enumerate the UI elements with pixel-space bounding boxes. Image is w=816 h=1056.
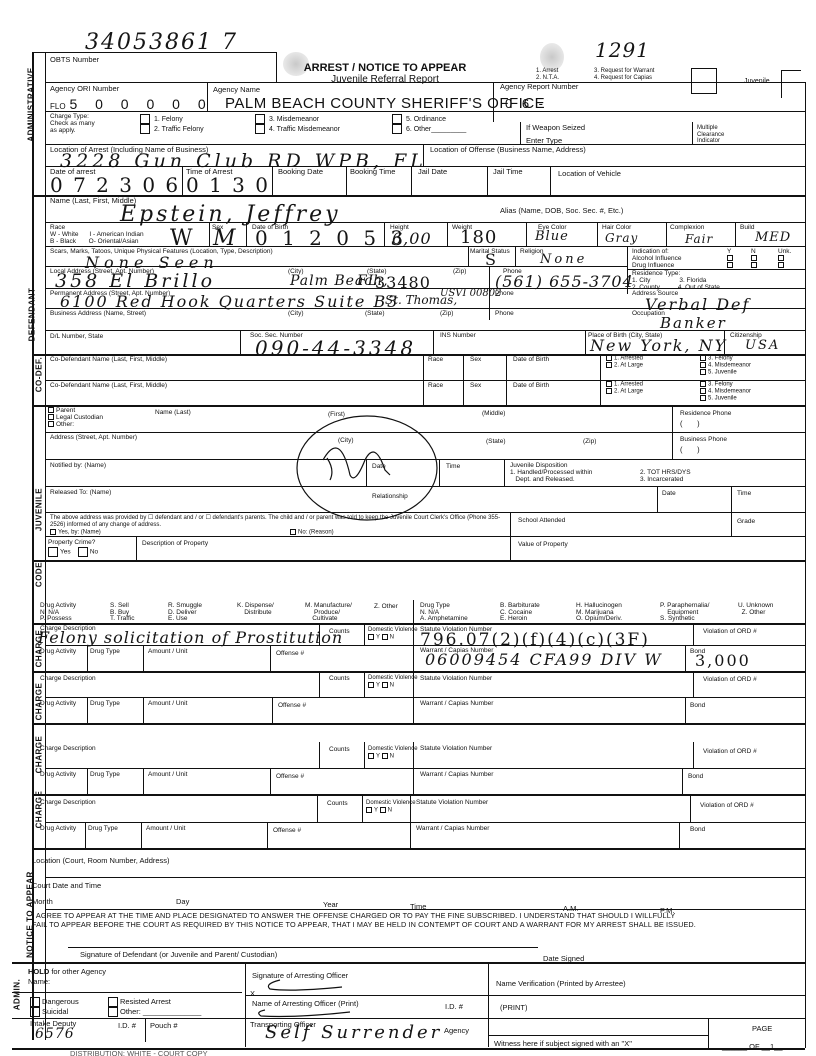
time-arrest-value: 0 1 3 0	[186, 173, 270, 197]
juv-time-label: Time	[446, 463, 460, 470]
print-label: (PRINT)	[500, 1004, 528, 1012]
frame-line	[487, 166, 488, 196]
complexion-value: Fair	[685, 232, 713, 246]
codef-2-sex-label: Sex	[470, 382, 481, 389]
citizenship-value: USA	[745, 338, 780, 353]
frame-line	[87, 645, 88, 671]
at-large-checkbox[interactable]	[606, 388, 612, 394]
juv-city-label: (City)	[338, 437, 354, 444]
frame-line	[136, 536, 137, 560]
no-reason-checkbox[interactable]	[290, 529, 296, 535]
charge-1-warrant-value: 06009454 CFA99 DIV W	[425, 650, 663, 669]
frame-line	[45, 432, 805, 433]
disposition-options-2-3: 2. TOT HRS/DYS3. Incarcerated	[640, 469, 691, 483]
guardian-options: ParentLegal CustodianOther:	[48, 407, 103, 428]
business-phone-label: Phone	[495, 310, 514, 317]
charge-2-drug-type-label: Drug Type	[90, 700, 120, 707]
frame-line	[690, 796, 691, 822]
frame-line	[270, 645, 271, 671]
court-location-label: Location (Court, Room Number, Address)	[32, 857, 170, 865]
charge-1-amount-label: Amount / Unit	[148, 648, 187, 655]
frame-line	[145, 1018, 146, 1042]
charge-2-amount-label: Amount / Unit	[148, 700, 187, 707]
agency-ori-value: FLO 5 0 0 0 0 0	[50, 96, 213, 112]
juvenile-box[interactable]	[781, 70, 801, 98]
drug-activity-legend-5: M. Manufacture/ Produce/ Cultivate	[305, 603, 352, 623]
frame-line	[413, 623, 414, 671]
dl-label: D/L Number, State	[50, 333, 103, 340]
arrest-type-3-4: 3. Request for Warrant4. Request for Cap…	[594, 68, 654, 81]
witness-label: Witness here if subject signed with an "…	[494, 1040, 632, 1048]
arrest-type-1-2: 1. Arrest2. N.T.A.	[536, 68, 559, 81]
property-no-checkbox[interactable]	[78, 547, 88, 557]
frame-line	[364, 671, 365, 697]
month-label: Month	[32, 898, 53, 906]
section-label-admin: ADMIN.	[13, 975, 22, 1015]
dv-yes-checkbox[interactable]	[368, 682, 374, 688]
ssn-value: 090-44-3348	[255, 336, 416, 360]
frame-line	[411, 166, 412, 196]
charge-type-3-4: 3. Misdemeanor 4. Traffic Misdemeanor	[255, 114, 340, 134]
frame-line	[45, 330, 805, 331]
permanent-zip-value: USVI 00802	[440, 288, 501, 299]
arrested-checkbox[interactable]	[606, 381, 612, 387]
juv-first-label: (First)	[328, 411, 345, 418]
frame-line	[272, 166, 273, 196]
frame-line	[45, 536, 805, 537]
frame-line	[346, 166, 347, 196]
pouch-label: Pouch #	[150, 1022, 178, 1030]
business-phone-label: Business Phone	[680, 436, 727, 443]
frame-line	[735, 222, 736, 246]
section-divider	[32, 405, 805, 407]
business-phone-parens: ( )	[680, 446, 700, 454]
charge-4-bond-label: Bond	[690, 826, 705, 833]
frame-line	[597, 222, 598, 246]
frame-line	[423, 144, 424, 166]
frame-line	[45, 909, 805, 910]
frame-line	[693, 623, 694, 645]
ins-label: INS Number	[440, 332, 476, 339]
agency-report-value: 0 6 -	[505, 96, 546, 111]
frame-line	[32, 52, 276, 53]
frame-line	[724, 330, 725, 354]
frame-line	[240, 330, 241, 354]
ordinance-checkbox[interactable]	[392, 114, 402, 124]
day-label: Day	[176, 898, 189, 906]
charge-4-drug-activity-label: Drug Activity	[40, 825, 76, 832]
charge-1-ord-label: Violation of ORD #	[703, 628, 757, 635]
frame-line	[270, 768, 271, 794]
transporting-value: Self Surrender	[265, 1022, 442, 1043]
misdemeanor-checkbox[interactable]	[255, 114, 265, 124]
agency-name-label: Agency Name	[213, 86, 260, 94]
charge-4-counts-label: Counts	[327, 800, 348, 807]
drug-type-legend-5: U. Unknown Z. Other	[738, 603, 773, 616]
section-label-codef: CO-DEF.	[35, 355, 44, 395]
misdemeanor-cb[interactable]	[700, 388, 706, 394]
place-of-birth-value: New York, NY	[590, 336, 727, 355]
hair-color-value: Gray	[605, 231, 638, 245]
drug-type-legend-2: B. BarbiturateC. CocaineE. Heroin	[500, 603, 540, 623]
frame-line	[364, 742, 365, 768]
weapon-seized-label: If Weapon Seized	[526, 124, 585, 132]
frame-line	[143, 697, 144, 723]
frame-line	[515, 246, 516, 266]
codef-2-race-label: Race	[428, 382, 443, 389]
defendant-signature-label: Signature of Defendant (or Juvenile and …	[80, 951, 277, 959]
charge-2-warrant-label: Warrant / Capias Number	[420, 700, 493, 707]
weight-value: 180	[460, 227, 497, 248]
drug-type-legend-3: H. HallucinogenM. MarijuanaO. Opium/Deri…	[576, 603, 622, 623]
charge-4-dv: Domestic ViolenceY N	[366, 800, 416, 814]
agency-report-label: Agency Report Number	[500, 83, 578, 91]
frame-line	[245, 962, 246, 1047]
charge-3-drug-activity-label: Drug Activity	[40, 771, 76, 778]
notified-by-label: Notified by: (Name)	[50, 462, 106, 469]
influence-n: N	[751, 248, 759, 269]
codef-1-sex-label: Sex	[470, 356, 481, 363]
alcohol-n-checkbox[interactable]	[751, 255, 757, 261]
frame-line	[685, 697, 686, 723]
residence-phone-parens: ( )	[680, 420, 700, 428]
drug-type-legend-4: P. Paraphernalia/ EquipmentS. Synthetic	[660, 603, 709, 623]
frame-line	[141, 822, 142, 848]
influence-y: Y	[727, 248, 735, 269]
handwritten-circle-scribble	[295, 410, 445, 525]
frame-line	[276, 52, 277, 82]
released-to-label: Released To: (Name)	[50, 489, 111, 496]
arresting-officer-signature[interactable]	[262, 978, 352, 993]
codef-2-charge: 3. Felony4. Misdemeanor5. Juvenile	[700, 381, 751, 402]
distribution-text: DISTRIBUTION: WHITE - COURT COPY	[70, 1050, 208, 1056]
misdemeanor-cb[interactable]	[700, 362, 706, 368]
juvenile-cb[interactable]	[700, 395, 706, 401]
release-time-label: Time	[737, 490, 751, 497]
codef-1-race-label: Race	[428, 356, 443, 363]
agency-name-value: PALM BEACH COUNTY SHERIFF'S OFFICE	[225, 95, 545, 112]
charge-3-drug-type-label: Drug Type	[90, 771, 120, 778]
permanent-phone-label: Phone	[495, 290, 514, 297]
sig-x-label: X	[250, 990, 255, 998]
dv-yes-checkbox[interactable]	[368, 753, 374, 759]
codef-2-name-label: Co-Defendant Name (Last, First, Middle)	[50, 382, 167, 389]
charge-4-warrant-label: Warrant / Capias Number	[416, 825, 489, 832]
eye-color-value: Blue	[535, 229, 569, 244]
agreement-line-2: FAIL TO APPEAR BEFORE THE COURT AS REQUI…	[32, 921, 696, 928]
drug-activity-legend-3: R. SmuggleD. DeliverE. Use	[168, 603, 202, 623]
charge-type-1-2: 1. Felony 2. Traffic Felony	[140, 114, 204, 134]
charge-2-drug-activity-label: Drug Activity	[40, 700, 76, 707]
section-label-defendant: DEFENDANT	[28, 275, 37, 355]
section-label-juvenile: JUVENILE	[35, 475, 44, 545]
frame-line	[45, 459, 805, 460]
frame-line	[45, 82, 805, 83]
frame-line	[207, 82, 208, 111]
frame-line	[45, 111, 805, 112]
charge-3-warrant-label: Warrant / Capias Number	[420, 771, 493, 778]
frame-line	[439, 459, 440, 486]
alcohol-y-checkbox[interactable]	[727, 255, 733, 261]
charge-1-bond-value: 3,000	[695, 651, 751, 670]
frame-line	[366, 459, 367, 486]
frame-line	[679, 822, 680, 848]
frame-line	[143, 645, 144, 671]
dv-no-checkbox[interactable]	[382, 753, 388, 759]
codef-1-dob-label: Date of Birth	[513, 356, 549, 363]
juv-middle-label: (Middle)	[482, 410, 505, 417]
frame-line	[317, 796, 318, 822]
court-date-label: Court Date and Time	[32, 882, 101, 890]
form-right-border	[805, 82, 806, 1048]
frame-line	[45, 246, 805, 247]
flags-row-2: Resisted ArrestOther: ______________	[108, 997, 201, 1017]
section-label-code: CODE	[35, 555, 44, 595]
charge-4-description-label: Charge Description	[40, 799, 96, 806]
frame-line	[45, 822, 805, 823]
intake-deputy-value: 6576	[35, 1026, 75, 1042]
booking-date-label: Booking Date	[278, 168, 323, 176]
arrested-checkbox[interactable]	[606, 355, 612, 361]
obts-number-label: OBTS Number	[50, 56, 99, 64]
charge-4-amount-label: Amount / Unit	[146, 825, 185, 832]
section-label-administrative: ADMINISTRATIVE	[27, 60, 36, 150]
school-label: School Attended	[518, 517, 565, 524]
drug-type-legend-1: Drug TypeN. N/AA. Amphetamine	[420, 603, 468, 623]
juv-address-label: Address (Street, Apt. Number)	[50, 434, 137, 441]
other-flag-checkbox[interactable]	[108, 1007, 118, 1017]
frame-line	[45, 512, 805, 513]
dv-no-checkbox[interactable]	[380, 807, 386, 813]
flags-row-1: DangerousSuicidal	[30, 997, 79, 1017]
frame-line	[245, 995, 805, 996]
charge-2-counts-label: Counts	[329, 675, 350, 682]
defendant-signature-field[interactable]	[68, 930, 538, 947]
juv-date-label: Date	[372, 463, 386, 470]
at-large-checkbox[interactable]	[606, 362, 612, 368]
value-property-label: Value of Property	[518, 541, 568, 548]
frame-line	[87, 697, 88, 723]
drug-y-checkbox[interactable]	[727, 262, 733, 268]
dangerous-checkbox[interactable]	[30, 997, 40, 1007]
influence-unk: Unk.	[778, 248, 791, 269]
jail-date-label: Jail Date	[418, 168, 447, 176]
frame-line	[362, 796, 363, 822]
charge-4-offense-label: Offense #	[273, 827, 301, 834]
charge-3-bond-label: Bond	[688, 773, 703, 780]
drug-unk-checkbox[interactable]	[778, 262, 784, 268]
charge-3-dv: Domestic ViolenceY N	[368, 746, 418, 760]
charge-type-5-6: 5. Ordinance 6. Other_________	[392, 114, 466, 134]
property-crime-label: Property Crime?Yes No	[48, 538, 98, 557]
race-label: RaceW - White I - American IndianB - Bla…	[50, 224, 144, 245]
frame-line	[87, 768, 88, 794]
charge-2-ord-label: Violation of ORD #	[703, 676, 757, 683]
build-label: Build	[740, 224, 754, 231]
juv-name-last-label: Name (Last)	[155, 409, 191, 416]
frame-line	[488, 1035, 708, 1036]
date-arrest-value: 0 7 2 3 0 6	[50, 173, 180, 197]
charge-3-amount-label: Amount / Unit	[148, 771, 187, 778]
traffic-felony-checkbox[interactable]	[140, 124, 150, 134]
section-divider	[12, 962, 805, 964]
frame-line	[364, 623, 365, 645]
release-date-label: Date	[662, 490, 676, 497]
juv-zip-label: (Zip)	[583, 438, 596, 445]
charge-3-statute-label: Statute Violation Number	[420, 745, 492, 752]
charge-1-offense-label: Offense #	[276, 650, 304, 657]
name-arresting-label: Name of Arresting Officer (Print)	[252, 1000, 359, 1008]
section-divider	[32, 671, 805, 673]
codef-2-status: 1. Arrested2. At Large	[606, 381, 643, 395]
charge-1-drug-type-label: Drug Type	[90, 648, 120, 655]
charge-4-ord-label: Violation of ORD #	[700, 802, 754, 809]
suicidal-checkbox[interactable]	[30, 1007, 40, 1017]
charge-2-statute-label: Statute Violation Number	[420, 675, 492, 682]
residence-phone-label: Residence Phone	[680, 410, 731, 417]
dv-no-checkbox[interactable]	[382, 682, 388, 688]
frame-line	[693, 742, 694, 768]
charge-3-description-label: Charge Description	[40, 745, 96, 752]
section-divider	[32, 848, 805, 850]
hold-name-label: Name:	[28, 978, 50, 986]
traffic-misdemeanor-checkbox[interactable]	[255, 124, 265, 134]
frame-line	[433, 330, 434, 354]
business-zip-label: (Zip)	[440, 310, 453, 317]
charge-type-label: Charge Type:Check as manyas apply.	[50, 113, 95, 134]
agreement-line-1: I AGREE TO APPEAR AT THE TIME AND PLACE …	[32, 912, 675, 919]
resisted-arrest-checkbox[interactable]	[108, 997, 118, 1007]
frame-line	[319, 671, 320, 697]
alias-label: Alias (Name, DOB, Soc. Sec. #, Etc.)	[500, 207, 623, 215]
frame-line	[45, 308, 805, 309]
arrest-type-box[interactable]	[691, 68, 717, 94]
frame-line	[246, 222, 247, 246]
defendant-name-value: Epstein, Jeffrey	[120, 202, 341, 227]
agency-ori-label: Agency ORI Number	[50, 85, 119, 93]
charge-1-dv: Domestic ViolenceY N	[368, 627, 418, 641]
hair-color-label: Hair Color	[602, 224, 631, 231]
charge-4-statute-label: Statute Violation Number	[416, 799, 488, 806]
location-vehicle-label: Location of Vehicle	[558, 170, 621, 178]
charge-3-counts-label: Counts	[329, 746, 350, 753]
section-divider	[32, 560, 805, 562]
frame-line	[45, 288, 805, 289]
codef-1-name-label: Co-Defendant Name (Last, First, Middle)	[50, 356, 167, 363]
frame-line	[413, 600, 414, 623]
frame-line	[319, 623, 320, 645]
business-city-label: (City)	[288, 310, 304, 317]
drug-activity-legend-1: Drug ActivityN. N/AP. Possess	[40, 603, 76, 623]
frame-line	[12, 992, 242, 993]
dv-yes-checkbox[interactable]	[368, 634, 374, 640]
other-checkbox[interactable]	[392, 124, 402, 134]
frame-line	[682, 768, 683, 794]
hold-label: HOLD for other Agency	[28, 968, 106, 976]
felony-cb[interactable]	[700, 381, 706, 387]
arresting-officer-name-scribble	[255, 1008, 355, 1018]
signature-line	[68, 947, 538, 948]
juv-state-label: (State)	[486, 438, 506, 445]
local-zip-value: 33480	[375, 273, 431, 292]
frame-line	[693, 671, 694, 697]
id-arresting-label: I.D. #	[445, 1003, 463, 1011]
parent-checkbox[interactable]	[48, 407, 54, 413]
section-divider	[32, 723, 805, 725]
frame-line	[708, 1018, 709, 1048]
frame-line	[731, 486, 732, 512]
booking-time-label: Booking Time	[350, 168, 395, 176]
charge-4-drug-type-label: Drug Type	[88, 825, 118, 832]
religion-value: None	[540, 252, 587, 267]
other-guardian-checkbox[interactable]	[48, 421, 54, 427]
frame-line	[45, 645, 805, 646]
codef-2-dob-label: Date of Birth	[513, 382, 549, 389]
name-verification-label: Name Verification (Printed by Arrestee)	[496, 980, 626, 988]
felony-checkbox[interactable]	[140, 114, 150, 124]
frame-line	[666, 222, 667, 246]
business-address-label: Business Address (Name, Street)	[50, 310, 146, 317]
frame-line	[447, 222, 448, 246]
frame-line	[657, 486, 658, 512]
business-state-label: (State)	[365, 310, 385, 317]
drug-activity-legend-2: S. SellB. BuyT. Traffic	[110, 603, 134, 623]
grade-label: Grade	[737, 518, 755, 525]
frame-line	[585, 330, 586, 354]
frame-line	[692, 122, 693, 144]
intake-id-label: I.D. #	[118, 1022, 136, 1030]
address-notice-text: The above address was provided by ☐ defe…	[50, 515, 510, 528]
frame-line	[319, 742, 320, 768]
frame-line	[45, 380, 805, 381]
felony-cb[interactable]	[700, 355, 706, 361]
drug-activity-legend-4: K. Dispense/ Distribute	[237, 603, 274, 616]
description-property-label: Description of Property	[142, 540, 208, 547]
charge-3-offense-label: Offense #	[276, 773, 304, 780]
dv-yes-checkbox[interactable]	[366, 807, 372, 813]
section-divider	[32, 623, 805, 625]
frame-line	[12, 1018, 805, 1019]
frame-line	[384, 222, 385, 246]
yes-by-checkbox[interactable]	[50, 529, 56, 535]
frame-line	[526, 222, 527, 246]
frame-line	[45, 266, 627, 267]
dv-no-checkbox[interactable]	[382, 634, 388, 640]
drug-activity-legend-6: Z. Other	[374, 603, 398, 610]
frame-line	[550, 166, 551, 196]
codef-1-charge: 3. Felony4. Misdemeanor5. Juvenile	[700, 355, 751, 376]
jail-time-label: Jail Time	[493, 168, 523, 176]
juvenile-cb[interactable]	[700, 369, 706, 375]
charge-1-counts-label: Counts	[329, 628, 350, 635]
frame-line	[45, 222, 805, 223]
drug-n-checkbox[interactable]	[751, 262, 757, 268]
frame-line	[267, 822, 268, 848]
frame-line	[45, 877, 805, 878]
property-yes-checkbox[interactable]	[48, 547, 58, 557]
alcohol-unk-checkbox[interactable]	[778, 255, 784, 261]
frame-line	[272, 697, 273, 723]
charge-2-offense-label: Offense #	[278, 702, 306, 709]
charge-2-description-label: Charge Description	[40, 675, 96, 682]
frame-line	[45, 768, 805, 769]
complexion-label: Complexion	[670, 224, 704, 231]
custodian-checkbox[interactable]	[48, 414, 54, 420]
frame-line	[182, 166, 183, 196]
charge-2-dv: Domestic ViolenceY N	[368, 675, 418, 689]
frame-line	[493, 82, 494, 122]
section-label-divider	[45, 52, 46, 1040]
